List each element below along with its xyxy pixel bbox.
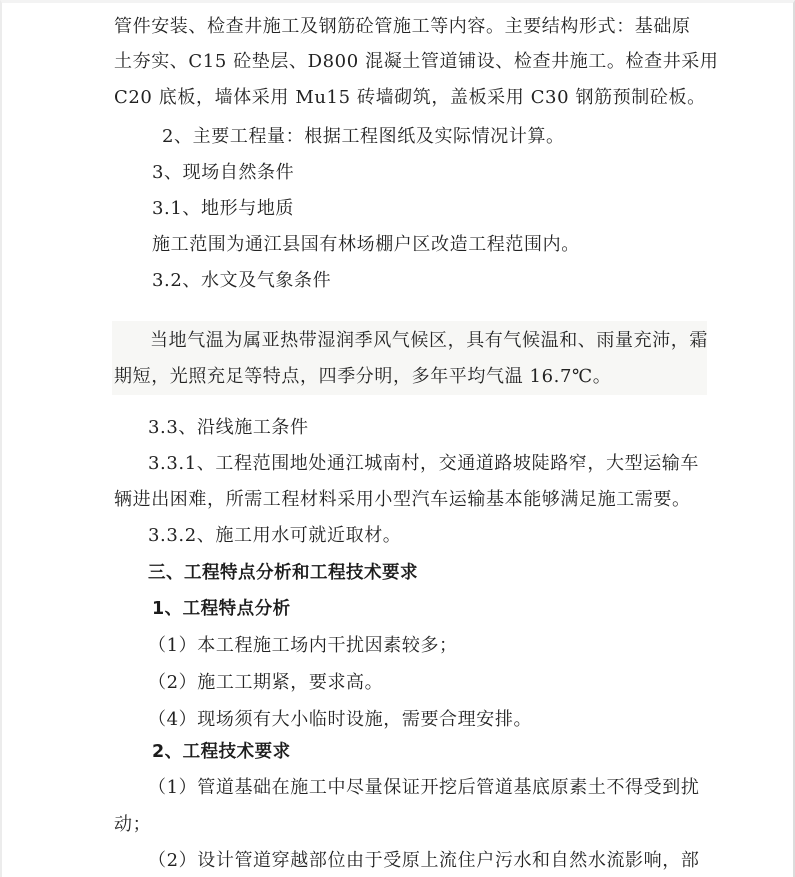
route-condition-1-line-2: 辆进出困难，所需工程材料采用小型汽车运输基本能够满足施工需要。 <box>114 488 691 512</box>
characteristic-item-2: （2）施工工期紧，要求高。 <box>148 671 383 695</box>
paragraph-line-structure-2: 土夯实、C15 砼垫层、D800 混凝土管道铺设、检查井施工。检查井采用 <box>114 50 719 74</box>
paragraph-line-structure-3: C20 底板，墙体采用 Mu15 砖墙砌筑，盖板采用 C30 钢筋预制砼板。 <box>114 86 706 110</box>
route-condition-1-line-1: 3.3.1、工程范围地处通江城南村，交通道路坡陡路窄，大型运输车 <box>148 452 699 476</box>
section-natural-conditions: 3、现场自然条件 <box>152 161 294 185</box>
climate-paragraph-line-1: 当地气温为属亚热带湿润季风气候区，具有气候温和、雨量充沛，霜 <box>150 329 708 353</box>
requirement-item-1-line-2: 动； <box>114 813 151 837</box>
characteristic-item-1: （1）本工程施工场内干扰因素较多； <box>148 634 458 658</box>
paragraph-line-structure-1: 管件安装、检查井施工及钢筋砼管施工等内容。主要结构形式：基础原 <box>114 15 691 39</box>
chapter-heading-analysis-requirements: 三、工程特点分析和工程技术要求 <box>148 561 418 585</box>
construction-scope-line: 施工范围为通江县国有林场棚户区改造工程范围内。 <box>152 233 580 257</box>
climate-paragraph-line-2: 期短，光照充足等特点，四季分明，多年平均气温 16.7℃。 <box>114 365 611 389</box>
heading-technical-requirements: 2、工程技术要求 <box>152 740 291 764</box>
requirement-item-1-line-1: （1）管道基础在施工中尽量保证开挖后管道基底原素土不得受到扰 <box>148 776 699 800</box>
subsection-hydrology-climate: 3.2、水文及气象条件 <box>152 269 331 293</box>
main-quantities-line: 2、主要工程量：根据工程图纸及实际情况计算。 <box>162 125 565 149</box>
characteristic-item-4: （4）现场须有大小临时设施，需要合理安排。 <box>148 708 532 732</box>
subsection-terrain-geology: 3.1、地形与地质 <box>152 197 294 221</box>
document-page: 管件安装、检查井施工及钢筋砼管施工等内容。主要结构形式：基础原 土夯实、C15 … <box>0 0 795 877</box>
subsection-route-conditions: 3.3、沿线施工条件 <box>148 416 309 440</box>
heading-project-characteristics: 1、工程特点分析 <box>152 597 291 621</box>
requirement-item-2-line-1: （2）设计管道穿越部位由于受原上流住户污水和自然水流影响，部 <box>148 849 699 873</box>
route-condition-2: 3.3.2、施工用水可就近取材。 <box>148 524 401 548</box>
